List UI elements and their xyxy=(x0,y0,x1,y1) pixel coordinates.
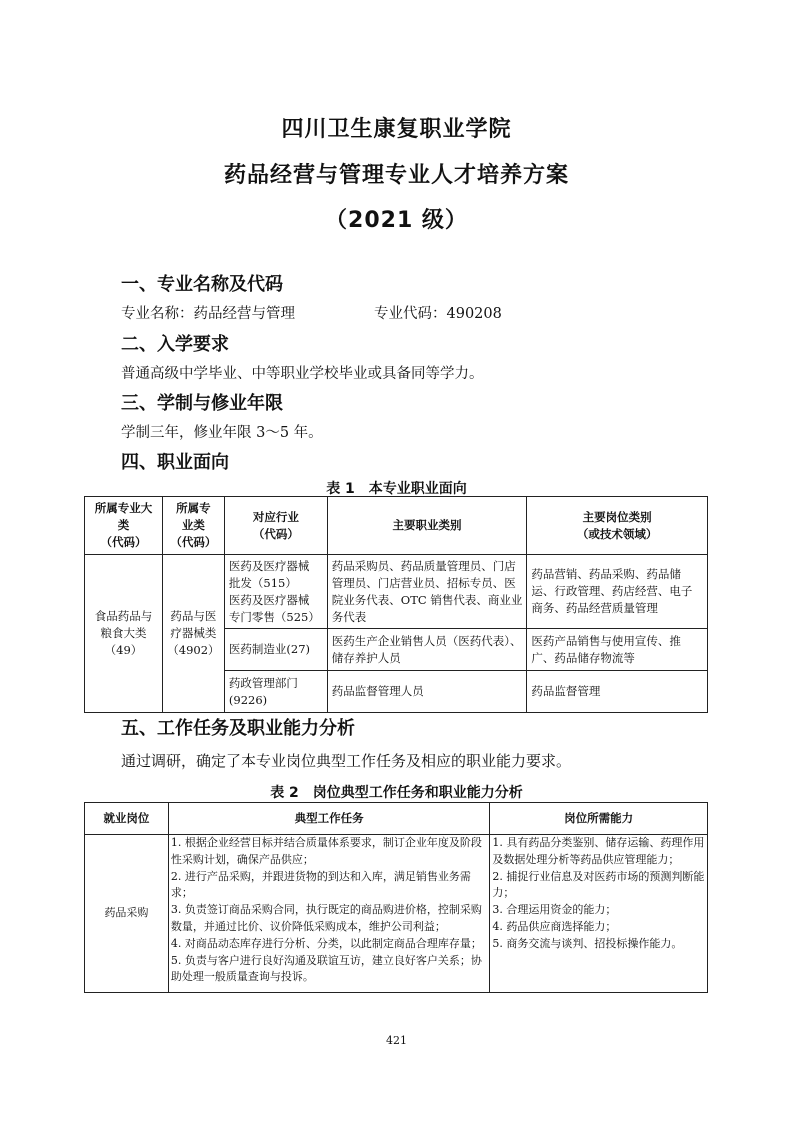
section-heading-1: 一、专业名称及代码 xyxy=(121,270,283,296)
task-ability-table: 就业岗位 典型工作任务 岗位所需能力 药品采购 1. 根据企业经营目标并结合质量… xyxy=(84,802,708,993)
task-item: 5. 负责与客户进行良好沟通及联谊互访，建立良好客户关系；协助处理一般质量查询与… xyxy=(171,953,487,987)
header-sub-category: 所属专业类（代码） xyxy=(162,497,224,555)
section-heading-3: 三、学制与修业年限 xyxy=(121,389,283,415)
header-position: 就业岗位 xyxy=(85,803,169,835)
task-item: 4. 对商品动态库存进行分析、分类，以此制定商品合理库存量； xyxy=(171,936,487,953)
industry-cell: 药政管理部门(9226) xyxy=(224,671,327,713)
occupations-cell: 药品采购员、药品质量管理员、门店管理员、门店营业员、招标专员、医院业务代表、OT… xyxy=(327,555,527,629)
abilities-cell: 1. 具有药品分类鉴别、储存运输、药理作用及数据处理分析等药品供应管理能力； 2… xyxy=(490,835,708,993)
analysis-intro: 通过调研，确定了本专业岗位典型工作任务及相应的职业能力要求。 xyxy=(121,750,571,771)
table2-header-row: 就业岗位 典型工作任务 岗位所需能力 xyxy=(85,803,708,835)
plan-title: 药品经营与管理专业人才培养方案 xyxy=(0,158,793,189)
section-heading-5: 五、工作任务及职业能力分析 xyxy=(121,714,355,740)
table1-header-row: 所属专业大类（代码） 所属专业类（代码） 对应行业（代码） 主要职业类别 主要岗… xyxy=(85,497,708,555)
grade-title: （2021 级） xyxy=(0,203,793,234)
school-title: 四川卫生康复职业学院 xyxy=(0,112,793,143)
position-cell: 药品采购 xyxy=(85,835,169,993)
table1-caption: 表 1 本专业职业面向 xyxy=(0,478,793,498)
header-major-category: 所属专业大类（代码） xyxy=(85,497,163,555)
ability-item: 5. 商务交流与谈判、招投标操作能力。 xyxy=(492,936,705,953)
industry-cell: 医药制造业(27) xyxy=(224,629,327,671)
admission-requirement: 普通高级中学毕业、中等职业学校毕业或具备同等学力。 xyxy=(121,362,484,383)
task-item: 2. 进行产品采购，并跟进货物的到达和入库，满足销售业务需求； xyxy=(171,869,487,903)
sub-category-cell: 药品与医疗器械类（4902） xyxy=(162,555,224,713)
table-row: 药品采购 1. 根据企业经营目标并结合质量体系要求，制订企业年度及阶段性采购计划… xyxy=(85,835,708,993)
major-category-cell: 食品药品与粮食大类（49） xyxy=(85,555,163,713)
header-occupations: 主要职业类别 xyxy=(327,497,527,555)
header-tasks: 典型工作任务 xyxy=(168,803,489,835)
header-positions: 主要岗位类别（或技术领域） xyxy=(527,497,708,555)
ability-item: 4. 药品供应商选择能力； xyxy=(492,919,705,936)
section-heading-2: 二、入学要求 xyxy=(121,330,229,356)
task-item: 3. 负责签订商品采购合同，执行既定的商品购进价格，控制采购数量，并通过比价、议… xyxy=(171,902,487,936)
tasks-cell: 1. 根据企业经营目标并结合质量体系要求，制订企业年度及阶段性采购计划，确保产品… xyxy=(168,835,489,993)
positions-cell: 药品营销、药品采购、药品储运、行政管理、药店经营、电子商务、药品经营质量管理 xyxy=(527,555,708,629)
positions-cell: 医药产品销售与使用宣传、推广、药品储存物流等 xyxy=(527,629,708,671)
table-row: 食品药品与粮食大类（49） 药品与医疗器械类（4902） 医药及医疗器械批发（5… xyxy=(85,555,708,629)
duration-text: 学制三年，修业年限 3～5 年。 xyxy=(121,421,323,442)
ability-item: 2. 捕捉行业信息及对医药市场的预测判断能力； xyxy=(492,869,705,903)
ability-item: 3. 合理运用资金的能力； xyxy=(492,902,705,919)
major-name: 专业名称：药品经营与管理 xyxy=(121,302,295,323)
occupations-cell: 医药生产企业销售人员（医药代表）、储存养护人员 xyxy=(327,629,527,671)
section-heading-4: 四、职业面向 xyxy=(121,448,229,474)
table2-caption: 表 2 岗位典型工作任务和职业能力分析 xyxy=(0,782,793,802)
career-orientation-table: 所属专业大类（代码） 所属专业类（代码） 对应行业（代码） 主要职业类别 主要岗… xyxy=(84,496,708,713)
header-industry: 对应行业（代码） xyxy=(224,497,327,555)
ability-item: 1. 具有药品分类鉴别、储存运输、药理作用及数据处理分析等药品供应管理能力； xyxy=(492,835,705,869)
task-item: 1. 根据企业经营目标并结合质量体系要求，制订企业年度及阶段性采购计划，确保产品… xyxy=(171,835,487,869)
positions-cell: 药品监督管理 xyxy=(527,671,708,713)
industry-cell: 医药及医疗器械批发（515）医药及医疗器械专门零售（525） xyxy=(224,555,327,629)
major-code: 专业代码：490208 xyxy=(374,302,502,323)
occupations-cell: 药品监督管理人员 xyxy=(327,671,527,713)
page-number: 421 xyxy=(0,1034,793,1047)
header-abilities: 岗位所需能力 xyxy=(490,803,708,835)
